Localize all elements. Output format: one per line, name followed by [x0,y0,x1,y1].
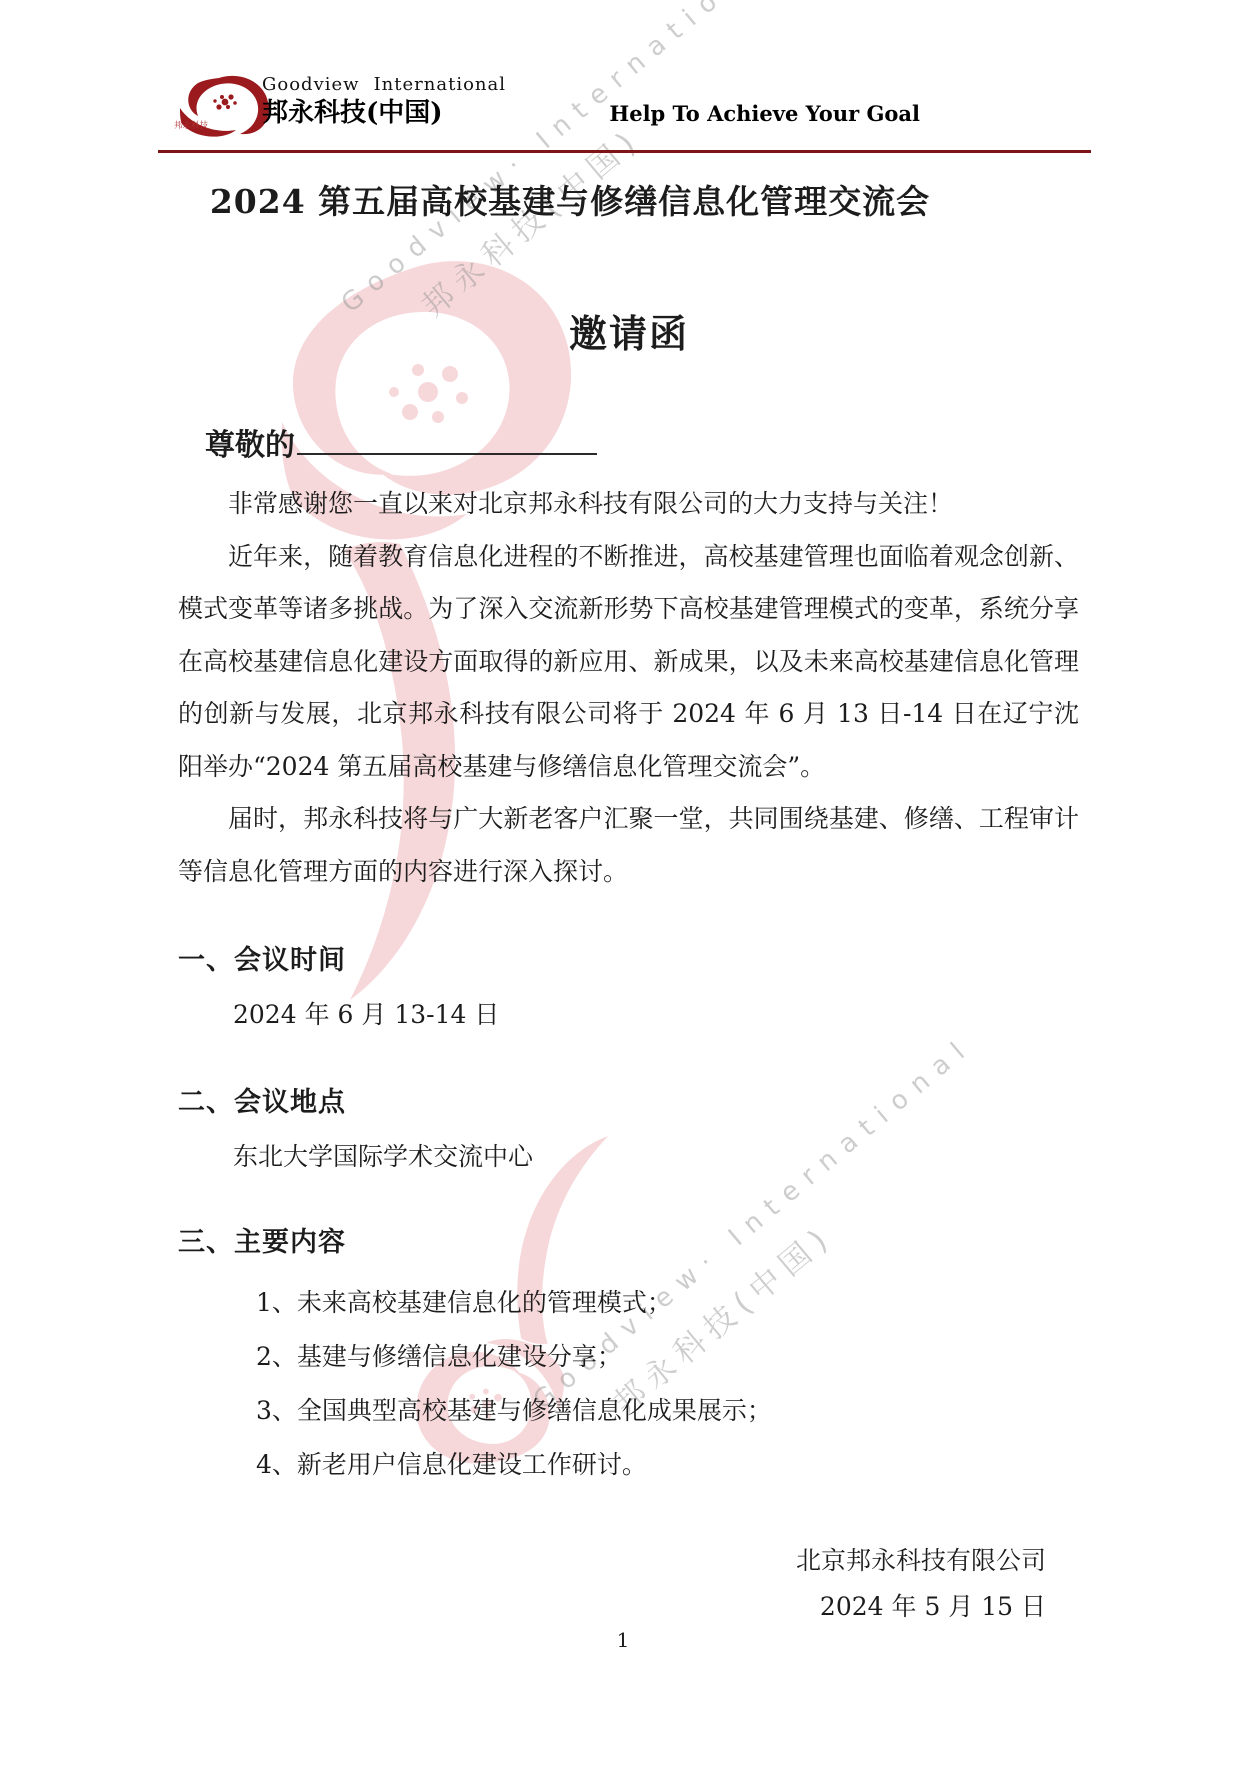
section-meeting-place: 二、会议地点 东北大学国际学术交流中心 [178,1080,1079,1173]
section-content: 东北大学国际学术交流中心 [178,1137,1079,1173]
section-main-content: 三、主要内容 [178,1220,1079,1259]
page-number: 1 [178,1628,1068,1652]
section-heading: 一、会议时间 [178,938,1079,977]
recipient-blank-line [297,447,597,455]
logo-caption-text: 邦永科技 [174,120,209,131]
agenda-list: 1、未来高校基建信息化的管理模式； 2、基建与修缮信息化建设分享； 3、全国典型… [178,1276,1079,1492]
watermark-text-cn: 邦永科技(中国) [410,0,825,325]
paragraph: 近年来，随着教育信息化进程的不断推进，高校基建管理也面临着观念创新、模式变革等诸… [178,531,1079,794]
letter-body: 非常感谢您一直以来对北京邦永科技有限公司的大力支持与关注！ 近年来，随着教育信息… [178,478,1079,898]
agenda-item: 1、未来高校基建信息化的管理模式； [256,1276,1079,1330]
paragraph: 非常感谢您一直以来对北京邦永科技有限公司的大力支持与关注！ [178,478,1079,531]
document-title: 2024 第五届高校基建与修缮信息化管理交流会 [120,176,1020,223]
signature-date: 2024 年 5 月 15 日 [178,1584,1046,1630]
brand-name-cn: 邦永科技(中国) [262,100,506,126]
section-content: 2024 年 6 月 13-14 日 [178,995,1079,1031]
brand-text: GoodviewInternational 邦永科技(中国) [262,76,506,126]
invitation-letter-page: Goodview· International 邦永科技(中国) Goodvie… [0,0,1249,1778]
signature-block: 北京邦永科技有限公司 2024 年 5 月 15 日 [178,1538,1079,1630]
section-meeting-time: 一、会议时间 2024 年 6 月 13-14 日 [178,938,1079,1031]
agenda-item: 4、新老用户信息化建设工作研讨。 [256,1438,1079,1492]
section-heading: 二、会议地点 [178,1080,1079,1119]
paragraph: 届时，邦永科技将与广大新老客户汇聚一堂，共同围绕基建、修缮、工程审计等信息化管理… [178,793,1079,898]
header-rule-line [158,150,1091,153]
signature-company: 北京邦永科技有限公司 [178,1538,1046,1584]
brand-name-en: GoodviewInternational [262,76,506,94]
document-subtitle: 邀请函 [178,303,1080,358]
agenda-item: 2、基建与修缮信息化建设分享； [256,1330,1079,1384]
watermark-text-en: Goodview· International [336,0,787,319]
company-logo-icon: 邦永科技 [170,74,274,144]
salutation: 尊敬的 [205,420,597,464]
agenda-item: 3、全国典型高校基建与修缮信息化成果展示； [256,1384,1079,1438]
section-heading: 三、主要内容 [178,1220,1079,1259]
company-slogan: Help To Achieve Your Goal [600,101,920,126]
salutation-label: 尊敬的 [205,428,295,463]
